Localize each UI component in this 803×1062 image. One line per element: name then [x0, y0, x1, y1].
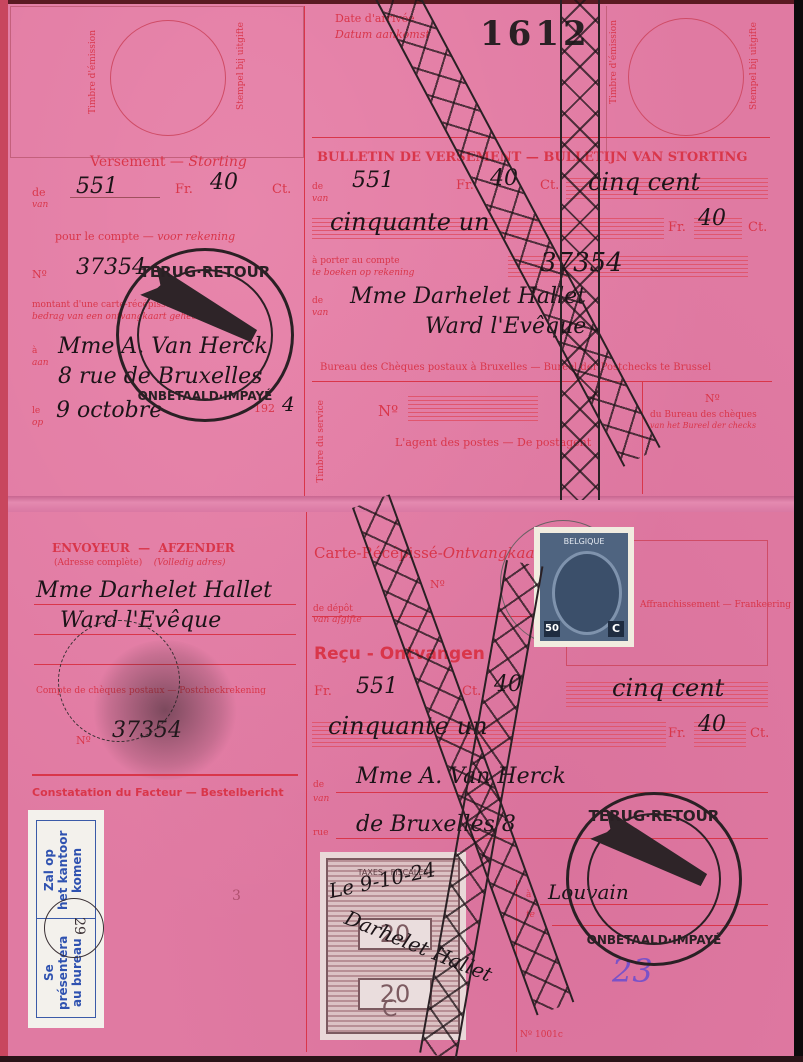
- stub-a-label: à: [32, 346, 37, 356]
- stub-fr-label: Fr.: [175, 182, 193, 197]
- ink-smudge: [90, 640, 240, 780]
- stub-no-label: Nº: [32, 268, 47, 281]
- stub-ct-label: Ct.: [272, 182, 291, 197]
- stamp-unit: C: [608, 621, 624, 637]
- bulletin-de-label-2: de: [312, 296, 323, 306]
- sender-subtitle: (Adresse complète) (Volledig adres): [54, 558, 226, 568]
- bulletin-mid-rule: [312, 381, 772, 382]
- bulletin-stamp-left-label: Timbre d'émission: [609, 20, 619, 104]
- sender-title: ENVOYEUR — AFZENDER: [52, 541, 235, 555]
- bulletin-no-label: Nº: [378, 402, 398, 420]
- stub-van-label: van: [32, 200, 48, 210]
- bulletin-fr-label-2: Fr.: [668, 220, 686, 235]
- receipt-depot-label-fr: de dépôt: [313, 604, 353, 614]
- receipt-van-label: van: [313, 794, 329, 804]
- bulletin-no-field: [408, 396, 538, 422]
- pencil-mark: 3: [232, 888, 241, 904]
- stub-aan-label: aan: [32, 358, 49, 368]
- bulletin-amount-fr: 551: [352, 168, 394, 193]
- receipt-rue-label: rue: [313, 828, 328, 838]
- stub-stamp-right-label: Stempel bij uitgifte: [236, 22, 246, 110]
- receipt-from-line: [336, 792, 768, 793]
- bulletin-bureau-sub-fr: du Bureau des chèques: [650, 410, 757, 420]
- return-stamp-top-text: TERUG·RETOUR: [119, 263, 291, 281]
- bulletin-side-label: Timbre du service: [316, 400, 326, 483]
- sticker-postmark-number: 29: [71, 917, 87, 935]
- bulletin-bureau-line: Bureau des Chèques postaux à Bruxelles —…: [320, 362, 711, 373]
- sender-name: Mme Darhelet Hallet: [36, 578, 272, 603]
- bulletin-van-label-2: van: [312, 308, 328, 318]
- bulletin-de-label: de: [312, 182, 323, 192]
- stamp-value: 50: [544, 621, 560, 637]
- page-right-edge: [794, 0, 803, 1062]
- postman-rule: [32, 774, 298, 776]
- return-stamp-bottom-bottom-text: ONBETAALD·IMPAYÉ: [569, 933, 739, 947]
- bulletin-van-label: van: [312, 194, 328, 204]
- bulletin-ct-label: Ct.: [540, 178, 559, 193]
- stamp-face: BELGIQUE 50 C: [540, 533, 628, 641]
- receipt-amount-ct-2: 40: [698, 712, 726, 737]
- bulletin-top-rule: [312, 137, 770, 138]
- form-number: Nº 1001c: [520, 1030, 563, 1040]
- page-left-edge: [0, 0, 8, 1062]
- stub-stamp-circle: [110, 20, 226, 136]
- bulletin-amount-ct-2: 40: [698, 206, 726, 231]
- page-bottom-edge: [0, 1056, 803, 1062]
- cancel-band-top-vertical: [560, 0, 600, 500]
- receipt-fr-label: Fr.: [314, 684, 332, 699]
- stub-stamp-left-label: Timbre d'émission: [88, 30, 98, 114]
- postman-label: Constatation du Facteur — Bestelbericht: [32, 786, 284, 799]
- return-stamp-bottom-text: TERUG·RETOUR: [569, 807, 739, 825]
- bulletin-porter-label-fr: à porter au compte: [312, 256, 400, 266]
- return-stamp-bottom: TERUG·RETOUR ONBETAALD·IMPAYÉ: [566, 792, 742, 966]
- stub-le-label: le: [32, 406, 40, 416]
- bottom-divider: [306, 512, 307, 1052]
- bulletin-ct-label-2: Ct.: [748, 220, 767, 235]
- top-divider: [304, 6, 305, 496]
- bulletin-amount-words-1: cinq cent: [588, 168, 700, 196]
- receipt-fr-label-2: Fr.: [668, 726, 686, 741]
- bulletin-porter-label-nl: te boeken op rekening: [312, 268, 414, 278]
- bulletin-stamp-right-label: Stempel bij uitgifte: [749, 22, 759, 110]
- tax-stamp-unit: C: [382, 997, 397, 1022]
- bulletin-title: BULLETIN DE VERSEMENT — BULLETIJN VAN ST…: [317, 150, 748, 165]
- receipt-amount-fr: 551: [356, 674, 398, 699]
- stub-amount-fr: 551: [76, 174, 118, 199]
- sender-no-label: Nº: [76, 734, 91, 747]
- page-fold: [8, 496, 794, 512]
- stub-amount-ct: 40: [210, 170, 238, 195]
- notice-sticker: Seprésenteraau bureau Zal ophet kantoork…: [28, 810, 104, 1028]
- stamp-country: BELGIQUE: [540, 537, 628, 546]
- stub-amount-line: [70, 197, 160, 198]
- bulletin-amount-words-2: cinquante un: [330, 208, 490, 236]
- stub-section-title: Versement — Storting: [90, 154, 247, 170]
- return-stamp-top-bottom-text: ONBETAALD·IMPAYÉ: [119, 389, 291, 403]
- sender-line-1: [34, 604, 296, 605]
- bulletin-stamp-circle: [628, 18, 744, 136]
- postage-stamp-50c: BELGIQUE 50 C: [534, 527, 634, 647]
- receipt-amount-words-1: cinq cent: [612, 674, 724, 702]
- receipt-ct-label: Ct.: [462, 684, 481, 699]
- stub-account-label: pour le compte — voor rekening: [55, 230, 235, 243]
- franking-label: Affranchissement — Frankeering: [640, 600, 791, 610]
- bulletin-stamp-divider: [606, 6, 607, 154]
- received-title: Reçu - Ontvangen: [314, 644, 485, 664]
- stub-op-label: op: [32, 418, 43, 428]
- stub-de-label: de: [32, 186, 46, 199]
- bulletin-bureau-no-label: Nº: [705, 392, 720, 405]
- receipt-ct-label-2: Ct.: [750, 726, 769, 741]
- return-stamp-top: TERUG·RETOUR ONBETAALD·IMPAYÉ: [116, 248, 294, 422]
- sender-line-2: [34, 634, 296, 635]
- receipt-no-label: Nº: [430, 578, 445, 591]
- receipt-de-label: de: [313, 780, 324, 790]
- bulletin-bureau-sub-nl: van het Bureel der checks: [650, 421, 756, 430]
